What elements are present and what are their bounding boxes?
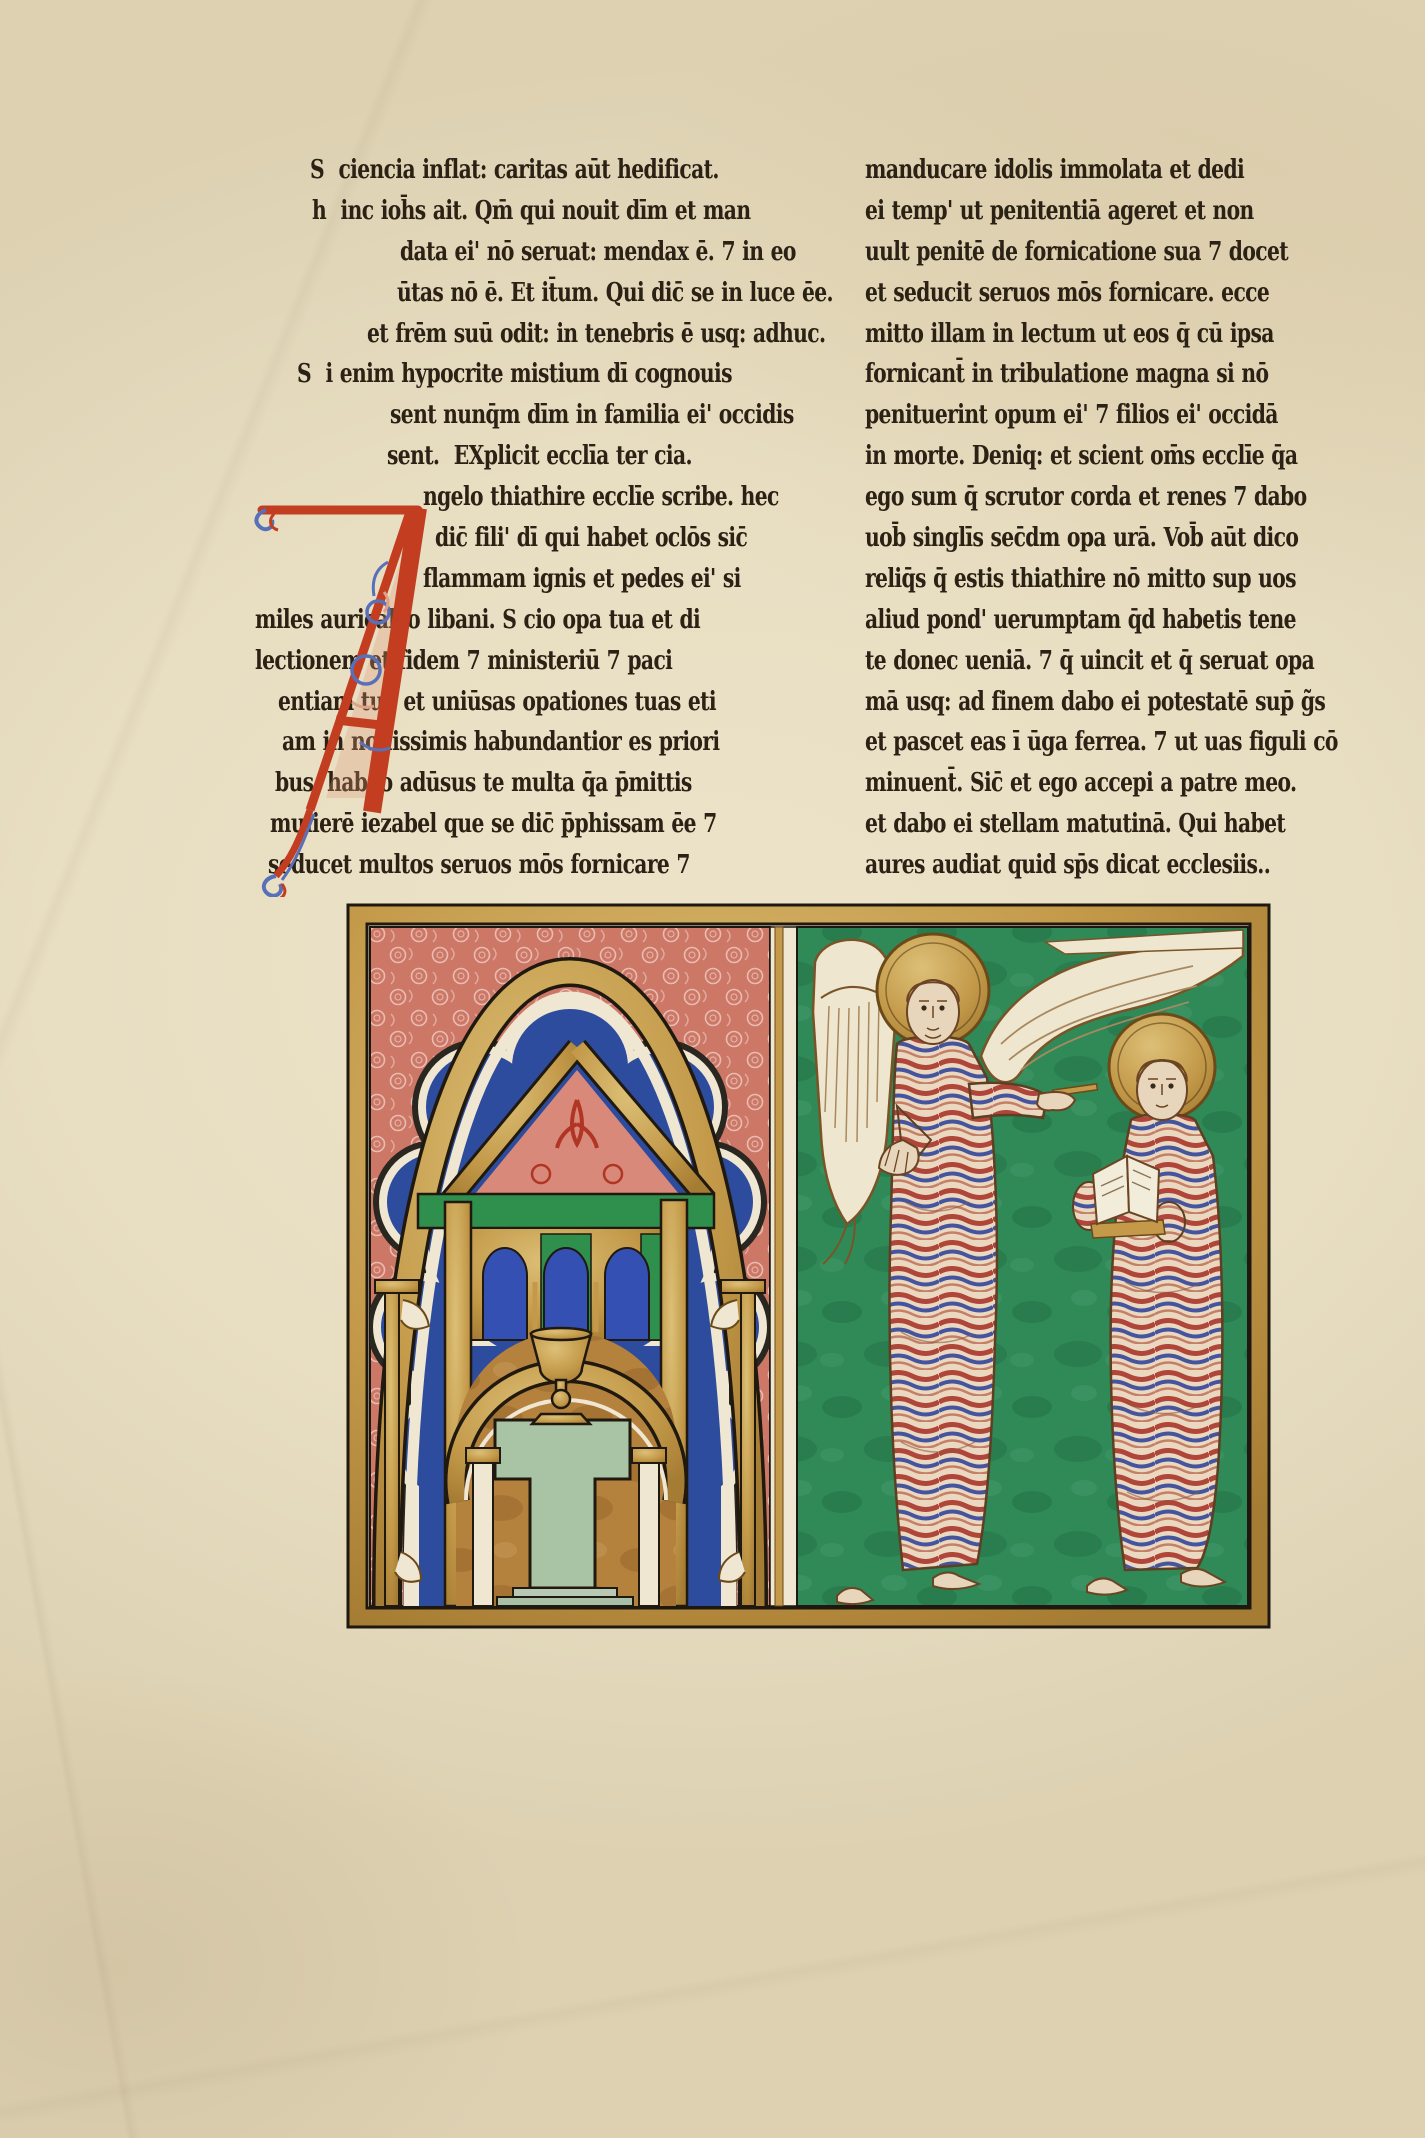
text-line: sent. EXplicit ecclīa ter cia. — [387, 436, 831, 477]
text-line: S i enim hypocrite mistium dī cognouis — [297, 354, 811, 395]
text-line: flammam ignis et pedes ei' si — [423, 559, 839, 600]
open-book — [1091, 1156, 1165, 1238]
text-line: reliq̄s q̄ estis thiathire nō mitto sup … — [865, 559, 1338, 600]
text-line: ei temp' ut penitentiā ageret et non — [865, 191, 1338, 232]
text-line: mitto illam in lectum ut eos q̄ cū ipsa — [865, 314, 1338, 355]
text-line: ngelo thiathire ecclīe scribe. hec — [423, 477, 839, 518]
text-line: aures audiat quid sp̄s dicat ecclesiis.. — [865, 845, 1338, 886]
text-line: fornicant̄ in tribulatione magna si nō — [865, 354, 1338, 395]
text-line: aliud pond' uerumptam q̄d habetis tene — [865, 600, 1338, 641]
text-line: S ciencia inflat: caritas aūt hedificat. — [310, 150, 814, 191]
text-line: sent nunq̄m dīm in familia ei' occidis — [390, 395, 831, 436]
manuscript-page: S ciencia inflat: caritas aūt hedificat.… — [0, 0, 1425, 2138]
text-line: mā usq: ad finem dabo ei potestatē sup̄ … — [865, 682, 1338, 723]
illuminated-initial-a — [248, 492, 438, 897]
miniature-illustration — [345, 902, 1272, 1630]
text-column-right: manducare idolis immolata et dedi ei tem… — [860, 150, 1425, 886]
text-line: ego sum q̄ scrutor corda et renes 7 dabo — [865, 477, 1338, 518]
text-line: et frēm suū odit: in tenebris ē usq: adh… — [367, 314, 826, 355]
initial-a-glyph — [256, 508, 418, 897]
text-line: te donec ueniā. 7 q̄ uincit et q̄ seruat… — [865, 641, 1338, 682]
text-line: et dabo ei stellam matutinā. Qui habet — [865, 804, 1338, 845]
text-line: et pascet eas ī ūga ferrea. 7 ut uas fig… — [865, 722, 1338, 763]
text-line: in morte. Deniq: et scient om̄s ecclīe q… — [865, 436, 1338, 477]
angel-john-panel — [797, 927, 1248, 1606]
text-line: data ei' nō seruat: mendax ē. 7 in eo — [400, 232, 834, 273]
altar-panel — [367, 927, 773, 1606]
text-line: h inc ioh̄s ait. Qm̄ qui nouit dīm et ma… — [312, 191, 814, 232]
text-line: uult penitē de fornicatione sua 7 docet — [865, 232, 1338, 273]
text-line: manducare idolis immolata et dedi — [865, 150, 1338, 191]
angel-pointing-hand — [1037, 1092, 1075, 1110]
text-line: uob̄ singlīs sec̄dm opa urā. Vob̄ aūt di… — [865, 518, 1338, 559]
text-line: dic̄ fili' dī qui habet oclōs sic̄ — [435, 518, 841, 559]
panel-divider — [770, 927, 797, 1606]
text-line: et seducit seruos mōs fornicare. ecce — [865, 273, 1338, 314]
text-line: penituerint opum ei' 7 filios ei' occidā — [865, 395, 1338, 436]
text-line: minuent̄. Sic̄ et ego accepi a patre meo… — [865, 763, 1338, 804]
text-line: ūtas nō ē. Et it̄um. Qui dic̄ se in luce… — [397, 273, 833, 314]
